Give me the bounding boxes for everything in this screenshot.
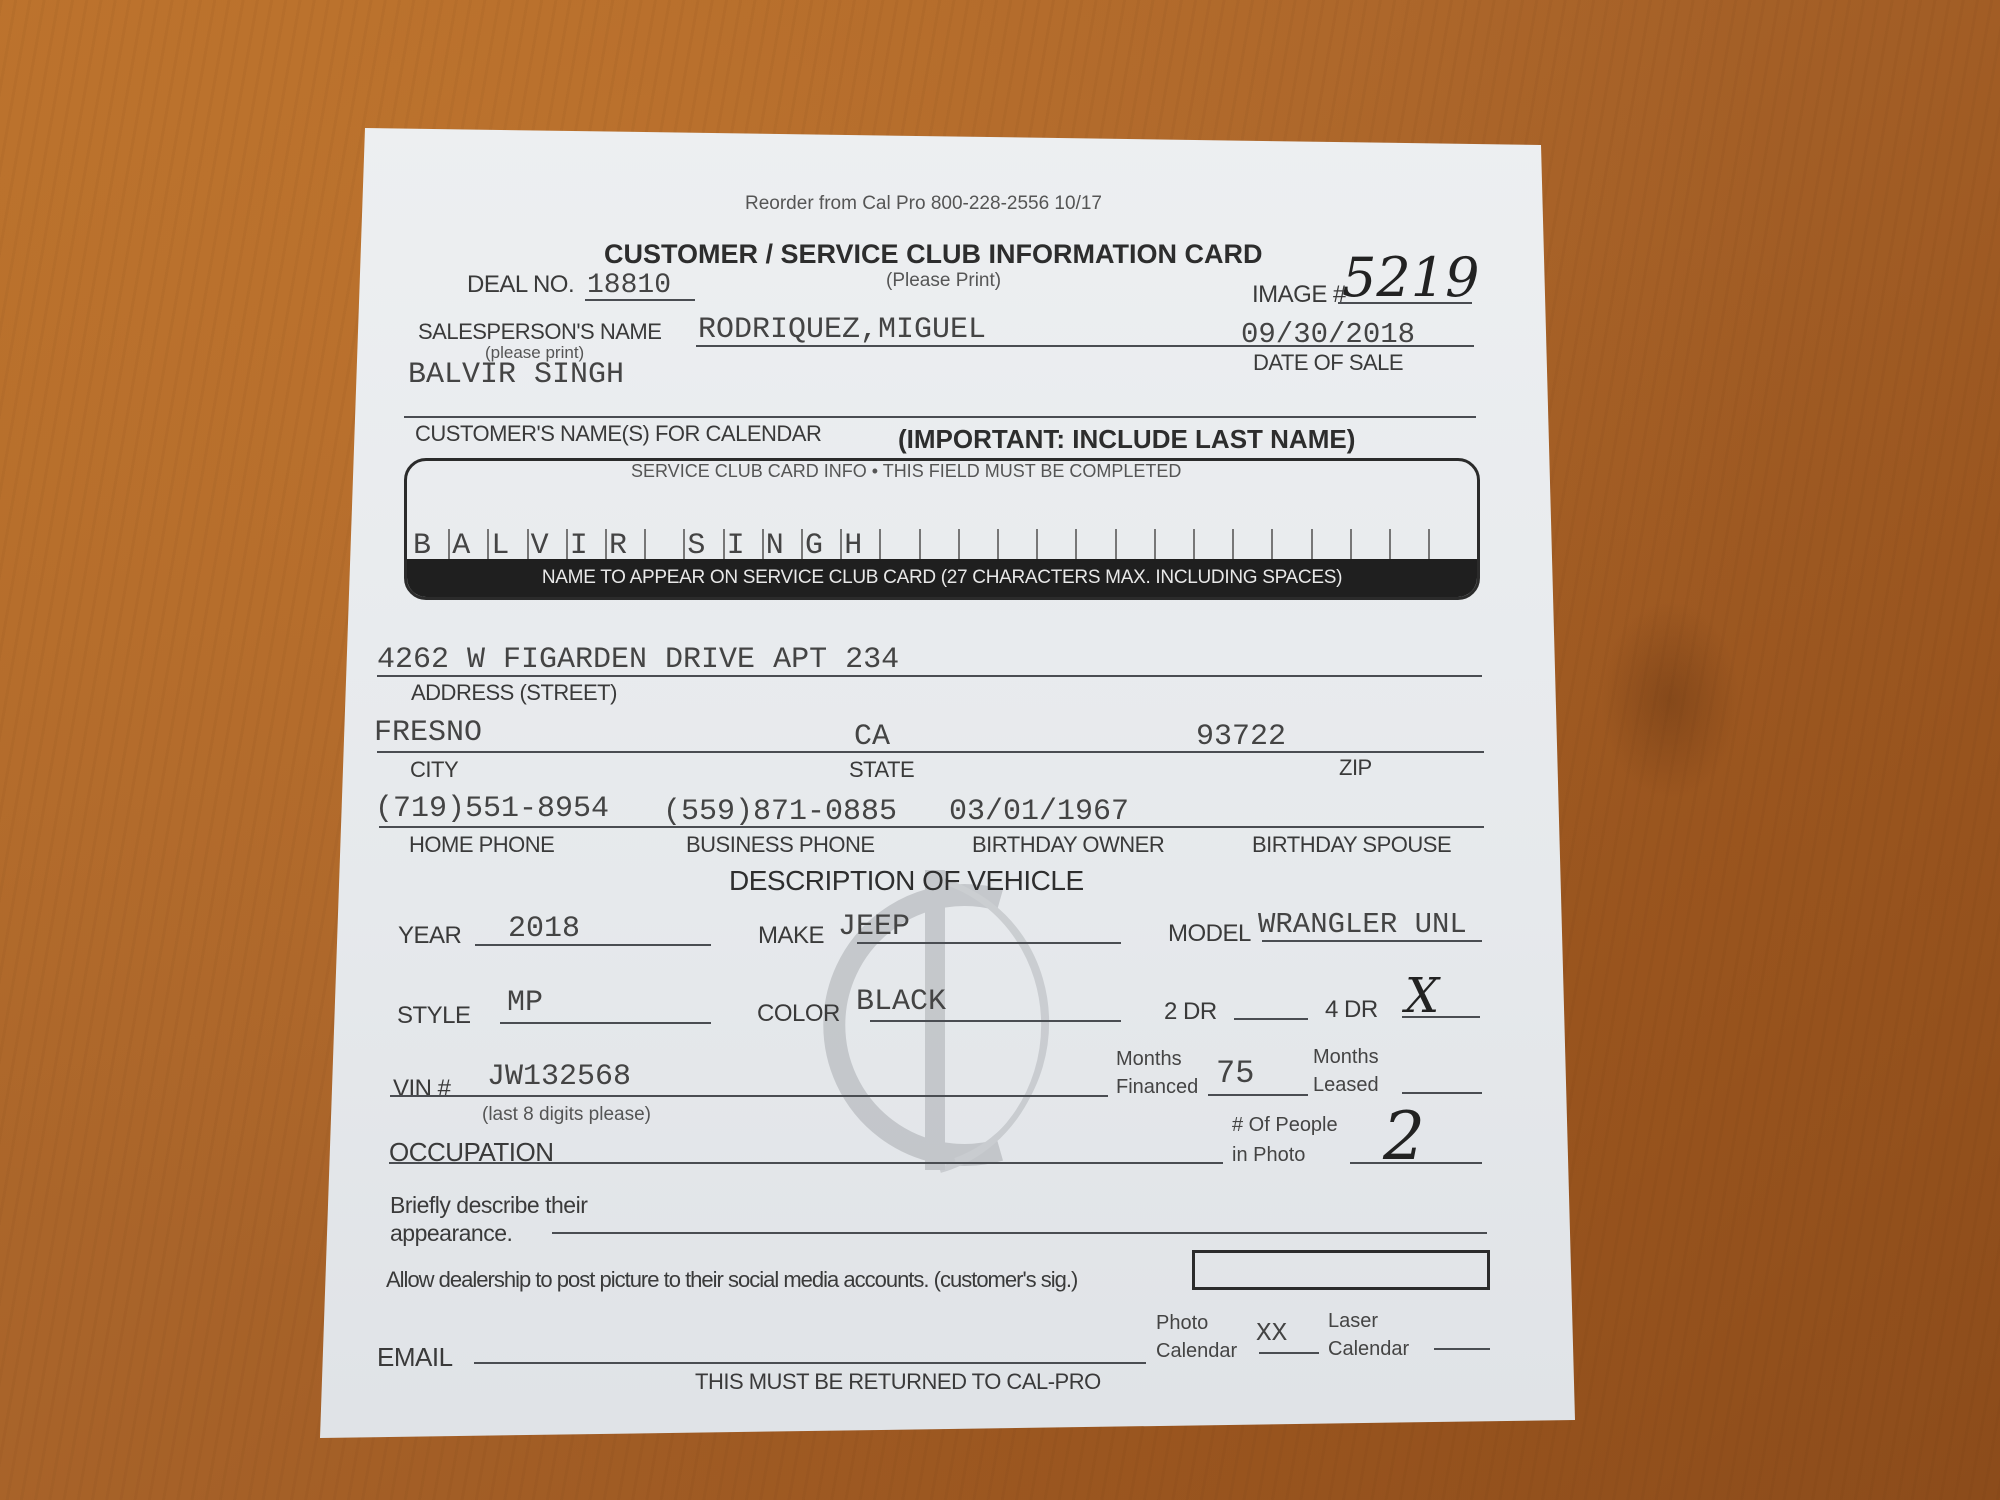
deal-no-label: DEAL NO.: [467, 271, 574, 299]
character-tick: [1232, 529, 1234, 559]
calendar-important-note: (IMPORTANT: INCLUDE LAST NAME): [898, 424, 1355, 455]
state-value[interactable]: CA: [854, 720, 890, 754]
year-value[interactable]: 2018: [508, 912, 580, 946]
character-tick: [683, 529, 685, 559]
character-tick: [1350, 529, 1352, 559]
character-tick: [801, 529, 803, 559]
people-in-photo-label-1: # Of People: [1232, 1114, 1338, 1137]
character-tick: [840, 529, 842, 559]
vehicle-heading: DESCRIPTION OF VEHICLE: [729, 865, 1084, 897]
character-tick: [919, 529, 921, 559]
months-financed-value[interactable]: 75: [1216, 1055, 1254, 1092]
appearance-label-2: appearance.: [390, 1220, 512, 1247]
model-label: MODEL: [1168, 920, 1251, 948]
zip-label: ZIP: [1339, 755, 1372, 781]
social-media-consent-label: Allow dealership to post picture to thei…: [386, 1267, 1077, 1293]
character-tick: [448, 529, 450, 559]
appearance-label-1: Briefly describe their: [390, 1192, 587, 1219]
form-title: CUSTOMER / SERVICE CLUB INFORMATION CARD: [604, 239, 1263, 270]
character-tick: [1389, 529, 1391, 559]
vin-hint: (last 8 digits please): [482, 1104, 651, 1126]
make-label: MAKE: [758, 922, 824, 950]
year-label: YEAR: [398, 922, 461, 950]
address-value[interactable]: 4262 W FIGARDEN DRIVE APT 234: [377, 643, 899, 677]
birthday-spouse-label: BIRTHDAY SPOUSE: [1252, 832, 1451, 858]
character-tick: [527, 529, 529, 559]
table-shadow: [1600, 600, 1740, 800]
character-tick: [1271, 529, 1273, 559]
vin-label: VIN #: [393, 1075, 451, 1103]
two-door-label: 2 DR: [1164, 998, 1217, 1026]
service-club-name-char: N: [766, 529, 784, 563]
service-club-footer: NAME TO APPEAR ON SERVICE CLUB CARD (27 …: [407, 559, 1477, 597]
months-financed-label-2: Financed: [1116, 1076, 1198, 1099]
service-club-name-char: B: [413, 529, 431, 563]
zip-value[interactable]: 93722: [1196, 720, 1286, 754]
service-club-name-char: V: [531, 529, 549, 563]
make-value[interactable]: JEEP: [838, 910, 910, 944]
image-number-value[interactable]: 5219: [1342, 246, 1479, 309]
date-of-sale-value[interactable]: 09/30/2018: [1241, 318, 1415, 351]
city-label: CITY: [410, 757, 458, 783]
laser-calendar-label-1: Laser: [1328, 1310, 1378, 1333]
color-label: COLOR: [757, 1000, 840, 1028]
service-club-name-char: I: [727, 529, 745, 563]
color-value[interactable]: BLACK: [856, 985, 946, 1019]
birthday-owner-value[interactable]: 03/01/1967: [949, 795, 1129, 829]
character-tick: [879, 529, 881, 559]
birthday-owner-label: BIRTHDAY OWNER: [972, 832, 1164, 858]
city-value[interactable]: FRESNO: [374, 716, 482, 750]
service-club-name-char: S: [687, 529, 705, 563]
photo-calendar-label-1: Photo: [1156, 1312, 1208, 1335]
customer-signature-box[interactable]: [1192, 1250, 1490, 1290]
image-number-label: IMAGE #: [1252, 281, 1346, 309]
style-value[interactable]: MP: [507, 986, 543, 1020]
character-tick: [1115, 529, 1117, 559]
address-label: ADDRESS (STREET): [411, 680, 617, 706]
photo-calendar-value[interactable]: XX: [1256, 1318, 1287, 1348]
home-phone-value[interactable]: (719)551-8954: [375, 792, 609, 826]
return-notice: THIS MUST BE RETURNED TO CAL-PRO: [695, 1369, 1101, 1395]
vin-value[interactable]: JW132568: [487, 1060, 631, 1094]
service-club-header: SERVICE CLUB CARD INFO • THIS FIELD MUST…: [631, 461, 1181, 482]
months-financed-label-1: Months: [1116, 1048, 1182, 1071]
character-tick: [644, 529, 646, 559]
date-of-sale-label: DATE OF SALE: [1253, 350, 1403, 376]
state-label: STATE: [849, 757, 914, 783]
service-club-name-char: A: [452, 529, 470, 563]
service-club-name-char: H: [844, 529, 862, 563]
business-phone-label: BUSINESS PHONE: [686, 832, 875, 858]
email-label: EMAIL: [377, 1342, 453, 1373]
character-tick: [723, 529, 725, 559]
people-in-photo-label-2: in Photo: [1232, 1144, 1305, 1167]
four-door-label: 4 DR: [1325, 996, 1378, 1024]
salesperson-value[interactable]: RODRIQUEZ,MIGUEL: [698, 313, 986, 347]
service-club-name-char: R: [609, 529, 627, 563]
service-club-name-box[interactable]: SERVICE CLUB CARD INFO • THIS FIELD MUST…: [404, 458, 1480, 600]
please-print-note: (Please Print): [886, 270, 1001, 292]
months-leased-label-2: Leased: [1313, 1074, 1379, 1097]
months-leased-label-1: Months: [1313, 1046, 1379, 1069]
style-label: STYLE: [397, 1002, 471, 1030]
reorder-line: Reorder from Cal Pro 800-228-2556 10/17: [745, 193, 1102, 215]
laser-calendar-label-2: Calendar: [1328, 1338, 1409, 1361]
character-tick: [487, 529, 489, 559]
character-tick: [1193, 529, 1195, 559]
character-tick: [958, 529, 960, 559]
photo-calendar-label-2: Calendar: [1156, 1340, 1237, 1363]
customer-name-value[interactable]: BALVIR SINGH: [408, 358, 624, 392]
character-tick: [1154, 529, 1156, 559]
character-tick: [997, 529, 999, 559]
character-tick: [1075, 529, 1077, 559]
home-phone-label: HOME PHONE: [409, 832, 554, 858]
salesperson-label: SALESPERSON'S NAME: [418, 319, 661, 345]
character-tick: [1311, 529, 1313, 559]
character-tick: [605, 529, 607, 559]
service-club-name-char: I: [570, 529, 588, 563]
character-tick: [762, 529, 764, 559]
service-club-name-char: L: [491, 529, 509, 563]
character-tick: [1428, 529, 1430, 559]
business-phone-value[interactable]: (559)871-0885: [663, 795, 897, 829]
calendar-names-label: CUSTOMER'S NAME(S) FOR CALENDAR: [415, 421, 821, 447]
character-tick: [566, 529, 568, 559]
character-tick: [1036, 529, 1038, 559]
model-value[interactable]: WRANGLER UNL: [1258, 908, 1467, 941]
service-club-name-char: G: [805, 529, 823, 563]
deal-no-value[interactable]: 18810: [587, 270, 671, 301]
